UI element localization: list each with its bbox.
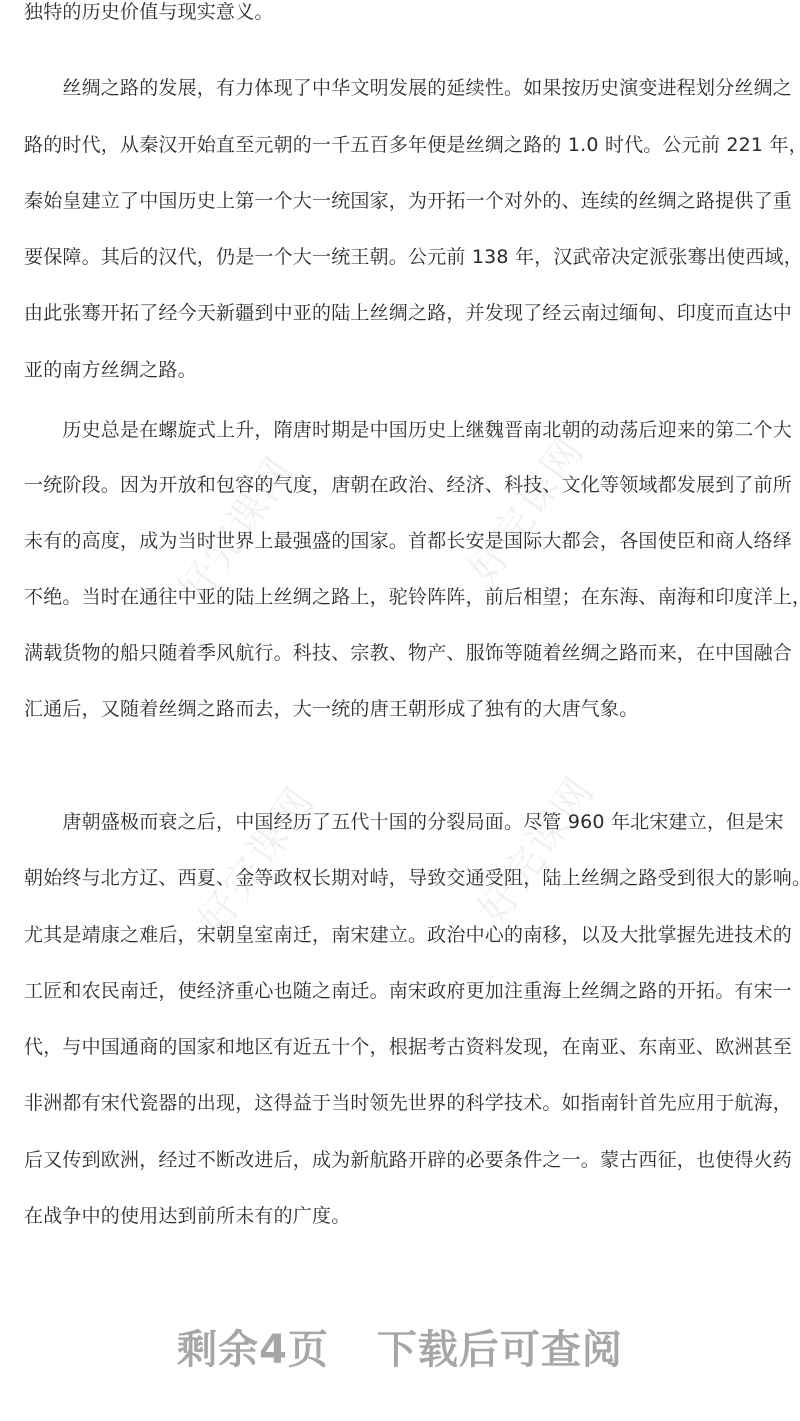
text-line: 满载货物的船只随着季风航行。科技、宗教、物产、服饰等随着丝绸之路而来，在中国融合: [24, 641, 792, 665]
text-line: 一统阶段。因为开放和包容的气度，唐朝在政治、经济、科技、文化等领域都发展到了前所: [24, 473, 792, 497]
text-line: 不绝。当时在通往中亚的陆上丝绸之路上，驼铃阵阵，前后相望；在东海、南海和印度洋上…: [24, 585, 800, 609]
text-line: 未有的高度，成为当时世界上最强盛的国家。首都长安是国际大都会，各国使臣和商人络绎: [24, 529, 792, 553]
remaining-pages-label: 剩余4页: [177, 1318, 329, 1375]
watermark: 好完课网: [182, 773, 325, 943]
text-line: 在战争中的使用达到前所未有的广度。: [24, 1204, 350, 1228]
text-line: 朝始终与北方辽、西夏、金等政权长期对峙，导致交通受阻，陆上丝绸之路受到很大的影响…: [24, 866, 800, 890]
text-line: 历史总是在螺旋式上升，隋唐时期是中国历史上继魏晋南北朝的动荡后迎来的第二个大: [24, 418, 792, 442]
text-line: 工匠和农民南迁，使经济重心也随之南迁。南宋政府更加注重海上丝绸之路的开拓。有宋一: [24, 979, 792, 1003]
watermark: 好完课网: [462, 763, 605, 933]
text-line: 汇通后，又随着丝绸之路而去，大一统的唐王朝形成了独有的大唐气象。: [24, 697, 638, 721]
text-line: 非洲都有宋代瓷器的出现，这得益于当时领先世界的科学技术。如指南针首先应用于航海，: [24, 1091, 792, 1115]
text-line: 丝绸之路的发展，有力体现了中华文明发展的延续性。如果按历史演变进程划分丝绸之: [24, 76, 792, 100]
text-line: 独特的历史价值与现实意义。: [24, 0, 274, 24]
download-to-read-banner[interactable]: 剩余4页下载后可查阅: [0, 1318, 800, 1375]
text-line: 由此张骞开拓了经今天新疆到中亚的陆上丝绸之路，并发现了经云南过缅甸、印度而直达中: [24, 301, 792, 325]
text-line: 唐朝盛极而衰之后，中国经历了五代十国的分裂局面。尽管 960 年北宋建立，但是宋: [24, 810, 784, 834]
text-line: 路的时代，从秦汉开始直至元朝的一千五百多年便是丝绸之路的 1.0 时代。公元前 …: [24, 133, 800, 157]
watermark: 好完课网: [452, 423, 595, 593]
text-line: 亚的南方丝绸之路。: [24, 358, 197, 382]
text-line: 要保障。其后的汉代，仍是一个大一统王朝。公元前 138 年，汉武帝决定派张骞出使…: [24, 245, 800, 269]
text-line: 后又传到欧洲，经过不断改进后，成为新航路开辟的必要条件之一。蒙古西征，也使得火药: [24, 1148, 792, 1172]
download-to-view-label: 下载后可查阅: [377, 1318, 623, 1375]
text-line: 代，与中国通商的国家和地区有近五十个，根据考古资料发现，在南亚、东南亚、欧洲甚至: [24, 1035, 792, 1059]
text-line: 尤其是靖康之难后，宋朝皇室南迁，南宋建立。政治中心的南移，以及大批掌握先进技术的: [24, 923, 792, 947]
text-line: 秦始皇建立了中国历史上第一个大一统国家，为开拓一个对外的、连续的丝绸之路提供了重: [24, 189, 792, 213]
